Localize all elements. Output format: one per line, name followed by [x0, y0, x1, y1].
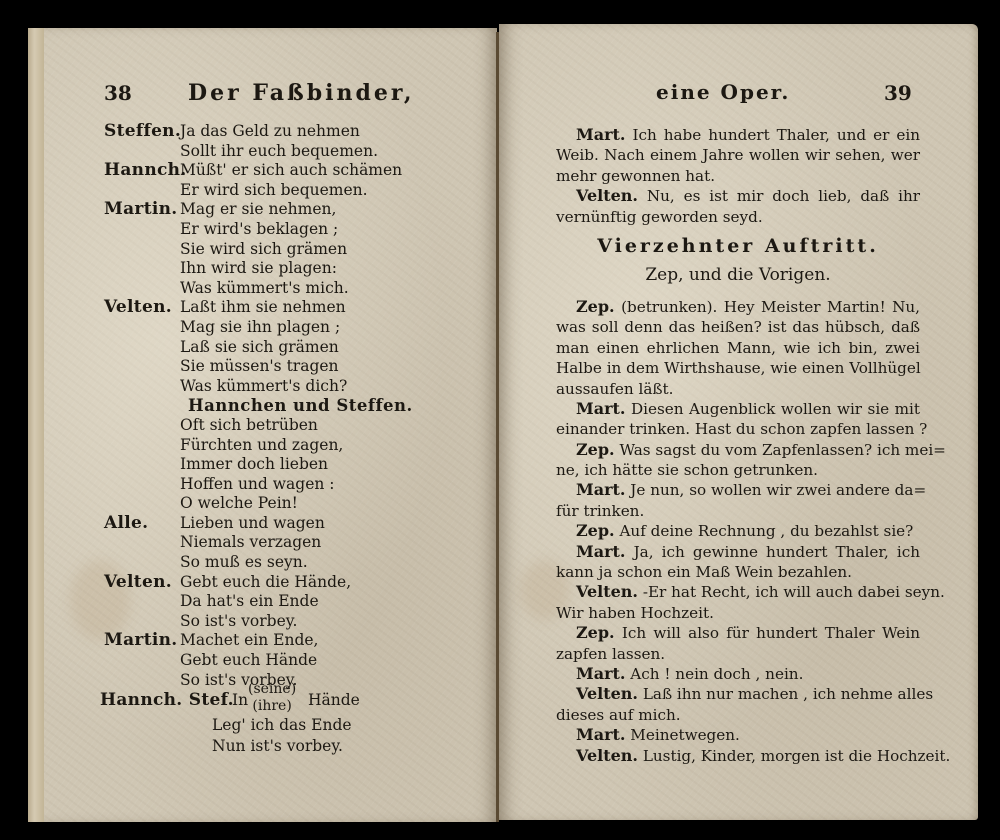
speaker-label: Velten. [576, 582, 638, 601]
page-number-left: 38 [104, 81, 132, 105]
prose-text: Ich will also für hundert Thaler Wein [622, 624, 920, 642]
prose-line: Zep. Ich will also für hundert Thaler We… [556, 623, 920, 643]
book-spine-gutter [496, 32, 499, 822]
prose-line: Mart. Diesen Augenblick wollen wir sie m… [556, 399, 920, 419]
verse-text: So muß es seyn. [180, 553, 308, 573]
prose-text: Laß ihn nur machen , ich nehme alles [643, 685, 933, 703]
prose-line: was soll denn das heißen? ist das hübsch… [556, 317, 920, 337]
prose-line: Zep. Auf deine Rechnung , du bezahlst si… [556, 521, 920, 541]
prose-text: Nu, es ist mir doch lieb, daß ihr [647, 187, 920, 205]
verse-text: Laßt ihm sie nehmen [180, 298, 346, 318]
scene-title: Vierzehnter Auftritt. [556, 231, 920, 261]
prose-text: mehr gewonnen hat. [556, 167, 715, 185]
speaker-label: Mart. [576, 480, 625, 499]
prose-line: Mart. Ja, ich gewinne hundert Thaler, ic… [556, 542, 920, 562]
prose-line: mehr gewonnen hat. [556, 166, 920, 186]
prose-text: zapfen lassen. [556, 645, 665, 663]
verse-line: So muß es seyn. [104, 553, 484, 573]
prose-text: Was sagst du vom Zapfenlassen? ich mei= [619, 441, 945, 459]
verse-text: In [232, 691, 248, 711]
verse-text: Was kümmert's mich. [180, 279, 349, 299]
speaker-label: Mart. [576, 399, 625, 418]
verse-line: Velten.Laßt ihm sie nehmen [104, 298, 484, 318]
speaker-label: Zep. [576, 440, 615, 459]
verse-line: So ist's vorbey. [104, 612, 484, 632]
verse-text: Er wird's beklagen ; [180, 220, 338, 240]
speaker-label: Zep. [576, 297, 615, 316]
verse-text: Gebt euch die Hände, [180, 573, 351, 593]
verse-text: Ja das Geld zu nehmen [180, 122, 360, 142]
prose-line: Mart. Ich habe hundert Thaler, und er ei… [556, 125, 920, 145]
verse-line: Mag sie ihn plagen ; [104, 318, 484, 338]
prose-line: Zep. (betrunken). Hey Meister Martin! Nu… [556, 297, 920, 317]
prose-line: zapfen lassen. [556, 644, 920, 664]
verse-text: Nun ist's vorbey. [212, 737, 343, 755]
verse-line: O welche Pein! [104, 494, 484, 514]
speaker-label: Zep. [576, 521, 615, 540]
prose-line: Mart. Meinetwegen. [556, 725, 920, 745]
page-number-right: 39 [884, 81, 912, 105]
prose-line: für trinken. [556, 501, 920, 521]
verse-text: Leg' ich das Ende [212, 716, 352, 734]
prose-line: Zep. Was sagst du vom Zapfenlassen? ich … [556, 440, 920, 460]
verse-line: Velten.Gebt euch die Hände, [104, 573, 484, 593]
verse-line: Sie wird sich grämen [104, 240, 484, 260]
prose-text: Auf deine Rechnung , du bezahlst sie? [619, 522, 913, 540]
speaker-label: Velten. [576, 684, 638, 703]
prose-text: einander trinken. Hast du schon zapfen l… [556, 420, 927, 438]
verse-text: Mag sie ihn plagen ; [180, 318, 340, 338]
verse-text: Lieben und wagen [180, 514, 325, 534]
prose-line: Weib. Nach einem Jahre wollen wir sehen,… [556, 145, 920, 165]
prose-text: Lustig, Kinder, morgen ist die Hochzeit. [643, 747, 951, 765]
verse-line: Niemals verzagen [104, 533, 484, 553]
prose-line: Velten. Laß ihn nur machen , ich nehme a… [556, 684, 920, 704]
verse-text: O welche Pein! [180, 494, 298, 514]
alt-pronoun-top: (seine) [248, 681, 296, 698]
verse-line: Martin.Mag er sie nehmen, [104, 200, 484, 220]
verse-line: Steffen.Ja das Geld zu nehmen [104, 122, 484, 142]
verse-line: Hannch.Müßt' er sich auch schämen [104, 161, 484, 181]
prose-text: -Er hat Recht, ich will auch dabei seyn. [643, 583, 945, 601]
speaker-label: Velten. [576, 186, 638, 205]
verse-line: Was kümmert's mich. [104, 279, 484, 299]
verse-text: Hände [308, 691, 360, 711]
prose-text: Meinetwegen. [630, 726, 740, 744]
verse-line: Laß sie sich grämen [104, 338, 484, 358]
speaker-label: Hannch. Stef. [100, 691, 234, 711]
running-head-left: Der Faßbinder, [188, 80, 414, 106]
speaker-label: Alle. [104, 514, 148, 534]
prose-text: (betrunken). Hey Meister Martin! Nu, [621, 298, 920, 316]
prose-line: Mart. Ach ! nein doch , nein. [556, 664, 920, 684]
verse-text: Sollt ihr euch bequemen. [180, 142, 378, 162]
verse-text: Er wird sich bequemen. [180, 181, 368, 201]
prose-line: Wir haben Hochzeit. [556, 603, 920, 623]
prose-line: aussaufen läßt. [556, 379, 920, 399]
dialogue-before-scene: Mart. Ich habe hundert Thaler, und er ei… [556, 125, 920, 227]
verse-line: Fürchten und zagen, [104, 436, 484, 456]
verse-line: Gebt euch Hände [104, 651, 484, 671]
verse-text: Fürchten und zagen, [180, 436, 343, 456]
speaker-label: Martin. [104, 631, 177, 651]
running-head-right: eine Oper. [656, 80, 790, 104]
speaker-label: Steffen. [104, 122, 181, 142]
speaker-label: Martin. [104, 200, 177, 220]
alternative-pronouns: (seine) (ihre) [248, 681, 296, 715]
speaker-label: Mart. [576, 664, 625, 683]
prose-block: Mart. Ich habe hundert Thaler, und er ei… [556, 125, 920, 766]
speaker-label: Mart. [576, 125, 625, 144]
verse-text: Was kümmert's dich? [180, 377, 347, 397]
prose-text: Weib. Nach einem Jahre wollen wir sehen,… [556, 146, 920, 164]
prose-line: Mart. Je nun, so wollen wir zwei andere … [556, 480, 920, 500]
prose-text: was soll denn das heißen? ist das hübsch… [556, 318, 920, 336]
verse-line: Martin.Machet ein Ende, [104, 631, 484, 651]
verse-line: Immer doch lieben [104, 455, 484, 475]
speaker-label: Zep. [576, 623, 615, 642]
verse-line: Er wird's beklagen ; [104, 220, 484, 240]
prose-text: Ja, ich gewinne hundert Thaler, ich [634, 543, 920, 561]
verse-text: Gebt euch Hände [180, 651, 317, 671]
alt-pronoun-bottom: (ihre) [248, 698, 296, 715]
speaker-label: Hannch. [104, 161, 187, 181]
verse-text: Oft sich betrüben [180, 416, 318, 436]
verse-text: Mag er sie nehmen, [180, 200, 336, 220]
dialogue-after-scene: Zep. (betrunken). Hey Meister Martin! Nu… [556, 297, 920, 766]
left-page-edge [28, 28, 44, 822]
prose-line: man einen ehrlichen Mann, wie ich bin, z… [556, 338, 920, 358]
prose-text: ne, ich hätte sie schon getrunken. [556, 461, 818, 479]
speaker-label: Mart. [576, 725, 625, 744]
prose-text: Wir haben Hochzeit. [556, 604, 714, 622]
verse-text: Machet ein Ende, [180, 631, 318, 651]
verse-line: Hannchen und Steffen. [104, 396, 484, 416]
verse-block: Steffen.Ja das Geld zu nehmenSollt ihr e… [104, 122, 484, 690]
verse-line: Hoffen und wagen : [104, 475, 484, 495]
prose-line: ne, ich hätte sie schon getrunken. [556, 460, 920, 480]
speaker-label: Mart. [576, 542, 625, 561]
prose-text: Je nun, so wollen wir zwei andere da= [630, 481, 926, 499]
verse-text: Immer doch lieben [180, 455, 328, 475]
prose-text: man einen ehrlichen Mann, wie ich bin, z… [556, 339, 920, 357]
prose-line: dieses auf mich. [556, 705, 920, 725]
verse-line: Ihn wird sie plagen: [104, 259, 484, 279]
prose-text: Halbe in dem Wirthshause, wie einen Voll… [556, 359, 921, 377]
scene-cast: Zep, und die Vorigen. [556, 261, 920, 291]
speaker-label: Velten. [576, 746, 638, 765]
verse-text: Müßt' er sich auch schämen [180, 161, 402, 181]
verse-line: Alle.Lieben und wagen [104, 514, 484, 534]
prose-line: Velten. Lustig, Kinder, morgen ist die H… [556, 746, 920, 766]
verse-line: Sie müssen's tragen [104, 357, 484, 377]
prose-line: Velten. -Er hat Recht, ich will auch dab… [556, 582, 920, 602]
prose-text: Ich habe hundert Thaler, und er ein [632, 126, 920, 144]
speaker-label: Velten. [104, 573, 172, 593]
verse-text: Da hat's ein Ende [180, 592, 319, 612]
prose-text: Diesen Augenblick wollen wir sie mit [631, 400, 920, 418]
verse-text: Laß sie sich grämen [180, 338, 339, 358]
prose-text: dieses auf mich. [556, 706, 681, 724]
prose-line: kann ja schon ein Maß Wein bezahlen. [556, 562, 920, 582]
verse-line: Was kümmert's dich? [104, 377, 484, 397]
verse-line: Er wird sich bequemen. [104, 181, 484, 201]
prose-line: Halbe in dem Wirthshause, wie einen Voll… [556, 358, 920, 378]
verse-line: Oft sich betrüben [104, 416, 484, 436]
verse-text: Sie wird sich grämen [180, 240, 347, 260]
prose-line: einander trinken. Hast du schon zapfen l… [556, 419, 920, 439]
prose-line: vernünftig geworden seyd. [556, 207, 920, 227]
prose-text: Ach ! nein doch , nein. [630, 665, 803, 683]
verse-subhead: Hannchen und Steffen. [188, 396, 413, 416]
verse-text: Ihn wird sie plagen: [180, 259, 337, 279]
verse-line: Sollt ihr euch bequemen. [104, 142, 484, 162]
verse-text: Niemals verzagen [180, 533, 321, 553]
prose-text: kann ja schon ein Maß Wein bezahlen. [556, 563, 852, 581]
prose-line: Velten. Nu, es ist mir doch lieb, daß ih… [556, 186, 920, 206]
verse-line: Da hat's ein Ende [104, 592, 484, 612]
speaker-label: Velten. [104, 298, 172, 318]
prose-text: für trinken. [556, 502, 644, 520]
verse-text: Hoffen und wagen : [180, 475, 335, 495]
prose-text: vernünftig geworden seyd. [556, 208, 763, 226]
verse-text: Sie müssen's tragen [180, 357, 339, 377]
verse-text: So ist's vorbey. [180, 612, 297, 632]
prose-text: aussaufen läßt. [556, 380, 673, 398]
